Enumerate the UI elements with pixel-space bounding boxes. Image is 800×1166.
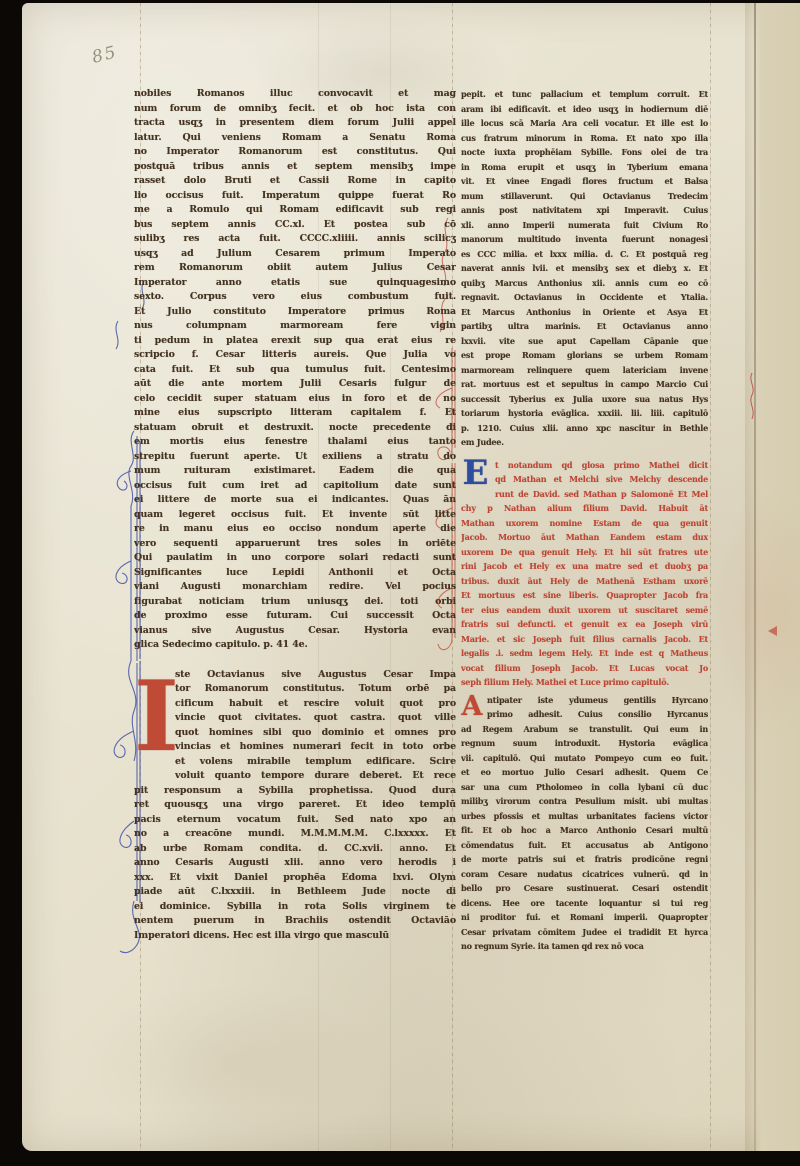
text-line: me a Romulo qui Romam edificavit sub reg…	[134, 203, 456, 218]
text-line: Et mortuus est sine liberis. Quapropter …	[461, 588, 708, 603]
text-line: cificum habuit et rescire voluit quot pr…	[175, 697, 456, 712]
text-line: chy p Nathan alium filium David. Habuit …	[461, 501, 708, 516]
text-line: lxxvii. vite sue aput Capellam Cāpanie q…	[461, 334, 708, 349]
text-line: legalis .i. sedm legem Hely. Et inde est…	[461, 646, 708, 661]
text-line: pacis eternum vocatum fuit. Sed nato xpo…	[134, 813, 456, 828]
text-line: aram ibi edificavit. et ideo usqʒ in hod…	[461, 102, 708, 117]
text-line: glica Sedecimo capitulo. p. 41 4e.	[134, 638, 456, 653]
paragraph-lines: nobiles Romanos illuc convocavit et magn…	[134, 87, 456, 653]
illuminated-initial-E: E	[461, 459, 490, 488]
text-line: annis post nativitatem xpi Imperavit. Cu…	[461, 203, 708, 218]
text-column-right: pepit. et tunc pallacium et templum corr…	[461, 87, 708, 954]
text-line: vianus sive Augustus Cesar. Hystoria eva…	[134, 624, 456, 639]
text-column-left: nobiles Romanos illuc convocavit et magn…	[134, 87, 456, 943]
text-line: rini Jacob et Hely ex una matre sed et d…	[461, 559, 708, 574]
text-line: cata fuit. Et sub qua tumulus fuit. Cent…	[134, 363, 456, 378]
text-line: Et Julio constituto Imperatore primus Ro…	[134, 305, 456, 320]
text-line: ter eius eandem duxit uxorem ut suscitar…	[461, 603, 708, 618]
text-line: ret quousqʒ una virgo pareret. Et ideo t…	[134, 798, 456, 813]
text-line: naverat annis lvii. et mensibʒ sex et di…	[461, 261, 708, 276]
text-line: seph filium Hely. Mathei et Luce primo c…	[461, 675, 708, 690]
text-line: primo adhesit. Cuius consilio Hyrcanus	[487, 707, 708, 722]
folio-number: 85	[90, 42, 120, 68]
text-line: Cesar privatam cōmitem Judee ei tradidit…	[461, 925, 708, 940]
text-line: ntipater iste ydumeus gentilis Hyrcano	[487, 693, 708, 708]
text-line: nocte iuxta prophēiam Sybille. Fons olei…	[461, 145, 708, 160]
text-line: regnavit. Octavianus in Occidente et Yta…	[461, 290, 708, 305]
text-line: p. 1210. Cuius xlii. anno xpc nascitur i…	[461, 421, 708, 436]
text-line: quibʒ Marcus Anthonius xii. annis cum eo…	[461, 276, 708, 291]
text-line: statuam obruit et destruxit. nocte prece…	[134, 421, 456, 436]
illuminated-initial-A: A	[461, 693, 483, 722]
fore-edge-gutter	[745, 3, 800, 1151]
text-line: voluit quanto tempore durare deberet. Et…	[175, 769, 456, 784]
text-line: no Imperator Romanorum est constitutus. …	[134, 145, 456, 160]
text-line: tracta usqʒ in presentem diem forum Juli…	[134, 116, 456, 131]
text-line: vii. capitulō. Qui mutato Pompeyo cum eo…	[461, 751, 708, 766]
text-line: tribus. duxit āut Hely de Mathenā Estham…	[461, 574, 708, 589]
parchment-page: 85	[22, 3, 800, 1151]
text-line: pepit. et tunc pallacium et templum corr…	[461, 87, 708, 102]
text-line: no regnum Syrie. ita tamen qd rex nō voc…	[461, 939, 708, 954]
text-line: num forum de omnibʒ fecit. et ob hoc ist…	[134, 102, 456, 117]
text-line: no a creacōne mundi. M.M.M.M.M. C.lxxxxx…	[134, 827, 456, 842]
text-line: mum ruituram existimaret. Eadem die qua	[134, 464, 456, 479]
text-line: re in manu eius eo occiso nondum aperte …	[134, 522, 456, 537]
text-line: bus septem annis CC.xl. Et postea sub cō	[134, 218, 456, 233]
text-line: es CCC milia. et lxxx milia. d. C. Et po…	[461, 247, 708, 262]
text-line: et volens mirabile templum edificare. Sc…	[175, 755, 456, 770]
text-line: ei dominice. Sybilla in rota Solis virgi…	[134, 900, 456, 915]
paragraph: A ntipater iste ydumeus gentilis Hyrcano…	[461, 693, 708, 954]
text-line: vincias et homines numerari fecit in tot…	[175, 740, 456, 755]
text-line: milibʒ virorum contra Pesulium misit. ub…	[461, 794, 708, 809]
text-line: sulibʒ res acta fuit. CCCC.xliiii. annis…	[134, 232, 456, 247]
text-line: scripcio f. Cesar litteris aureis. Que J…	[134, 348, 456, 363]
text-line: celo cecidit super statuam eius in foro …	[134, 392, 456, 407]
text-line: fratris sui defuncti. et genuit ex ea Jo…	[461, 617, 708, 632]
text-line: ni proditor fui. et Romani imperii. Quap…	[461, 910, 708, 925]
text-line: em Judee.	[461, 435, 708, 450]
text-line: rem Romanorum obiit autem Julius Cesar	[134, 261, 456, 276]
text-line: est prope Romam glorians se urbem Romam	[461, 348, 708, 363]
text-line: t notandum qd glosa primo Mathei dicit	[495, 458, 708, 473]
text-line: coram Cesare nudatus cicatrices vulnerū.…	[461, 867, 708, 882]
paragraph-lines: pepit. et tunc pallacium et templum corr…	[461, 87, 708, 450]
text-line: Et Marcus Anthonius in Oriente et Asya E…	[461, 305, 708, 320]
text-line: successit Tyberius ex Julia uxore sua na…	[461, 392, 708, 407]
paragraph: nobiles Romanos illuc convocavit et magn…	[134, 87, 456, 653]
parchment-stain	[82, 983, 382, 1143]
text-line: in Roma erupit et usqʒ in Tyberium emana	[461, 160, 708, 175]
text-line: ste Octavianus sive Augustus Cesar Impa	[175, 668, 456, 683]
paragraph: I ste Octavianus sive Augustus Cesar Imp…	[134, 668, 456, 944]
text-line: ab urbe Romam condita. d. CC.xvii. anno.…	[134, 842, 456, 857]
text-line: uxorem De qua genuit Hely. Et hii sūt fr…	[461, 545, 708, 560]
text-line: viani Augusti monarchiam redire. Vel poc…	[134, 580, 456, 595]
text-line: em mortis eius fenestre thalami eius tan…	[134, 435, 456, 450]
text-line: xli. anno Imperii numerata fuit Civium R…	[461, 218, 708, 233]
text-line: Mathan uxorem nomine Estam de qua genuit	[461, 516, 708, 531]
text-line: runt de David. sed Mathan p Salomonē Et …	[495, 487, 708, 502]
text-line: anno Cesaris Augusti xlii. anno vero her…	[134, 856, 456, 871]
text-line: figurabat noticiam trium uniusqʒ dei. to…	[134, 595, 456, 610]
text-line: ti pedum in platea erexit sup qua erat e…	[134, 334, 456, 349]
text-line: Imperatori dicens. Hec est illa virgo qu…	[134, 929, 456, 944]
text-line: vit. Et vinee Engadi flores fructum et B…	[461, 174, 708, 189]
text-line: xxx. Et vixit Daniel prophēa Edoma lxvi.…	[134, 871, 456, 886]
text-line: ille locus scā Maria Ara celi vocatur. E…	[461, 116, 708, 131]
text-line: nus columpnam marmoream fere vigin	[134, 319, 456, 334]
text-line: de morte patris sui et fratris prodicōne…	[461, 852, 708, 867]
text-line: fit. Et ob hoc a Marco Anthonio Cesari m…	[461, 823, 708, 838]
text-line: partibʒ ultra marinis. Et Octavianus ann…	[461, 319, 708, 334]
text-line: vocat filium Joseph Jacob. Et Lucas voca…	[461, 661, 708, 676]
text-line: strepitu fuerunt aperte. Ut exiliens a s…	[134, 450, 456, 465]
text-line: Qui paulatim in uno corpore solari redac…	[134, 551, 456, 566]
text-line: nobiles Romanos illuc convocavit et mag	[134, 87, 456, 102]
text-line: piade aūt C.lxxxiii. in Bethleem Jude no…	[134, 885, 456, 900]
text-line: usqʒ ad Julium Cesarem primum Imperato	[134, 247, 456, 262]
text-line: marmoream relinquere quem latericiam inv…	[461, 363, 708, 378]
text-line: latur. Qui veniens Romam a Senatu Roma	[134, 131, 456, 146]
text-line: ad Regem Arabum se transtulit. Qui eum i…	[461, 722, 708, 737]
text-line: Jacob. Mortuo āut Mathan Eandem estam du…	[461, 530, 708, 545]
text-line: cōmendatus fuit. Et accusatus ab Antigon…	[461, 838, 708, 853]
text-line: lio occisus fuit. Imperatum quippe fuera…	[134, 189, 456, 204]
text-line: sexto. Corpus vero eius combustum fuit.	[134, 290, 456, 305]
text-line: postquā tribus annis et septem mensibʒ i…	[134, 160, 456, 175]
text-line: occisus fuit cum iret ad capitolium date…	[134, 479, 456, 494]
page-edge-line	[754, 3, 756, 1151]
ruling-line	[710, 3, 711, 1151]
text-line: toriarum hystoria evāglica. xxxiii. lii.…	[461, 406, 708, 421]
paragraph-lines: ntipater iste ydumeus gentilis Hyrcanopr…	[461, 693, 708, 954]
illuminated-initial-I: I	[134, 671, 168, 773]
text-line: Imperator anno etatis sue quinquagesimo	[134, 276, 456, 291]
text-line: mine eius supscripto litteram capitalem …	[134, 406, 456, 421]
text-line: vero sequenti apparuerunt tres soles in …	[134, 537, 456, 552]
text-line: tor Romanorum constitutus. Totum orbē pa	[175, 682, 456, 697]
text-line: manorum multitudo inventa fuerunt nonage…	[461, 232, 708, 247]
text-line: quam legeret occisus fuit. Et invente sū…	[134, 508, 456, 523]
paragraph-lines: ste Octavianus sive Augustus Cesar Impat…	[134, 668, 456, 944]
text-line: ei littere de morte sua ei indicantes. Q…	[134, 493, 456, 508]
text-line: et eo mortuo Julio Cesari adhesit. Quem …	[461, 765, 708, 780]
text-line: vincie quot civitates. quot castra. quot…	[175, 711, 456, 726]
text-line: aūt die ante mortem Julii Cesaris fulgur…	[134, 377, 456, 392]
paragraph: pepit. et tunc pallacium et templum corr…	[461, 87, 708, 450]
text-line: dicens. Hee ore tacente loquantur si tui…	[461, 896, 708, 911]
text-line: rasset dolo Bruti et Cassii Rome in capi…	[134, 174, 456, 189]
text-line: nentem puerum in Brachiis ostendit Octav…	[134, 914, 456, 929]
paragraph-lines: t notandum qd glosa primo Mathei dicitqd…	[461, 458, 708, 690]
text-line: cus fratrum minorum in Roma. Et nato xpo…	[461, 131, 708, 146]
text-line: mum stillaverunt. Qui Octavianus Tredeci…	[461, 189, 708, 204]
text-line: rat. mortuus est et sepultus in campo Ma…	[461, 377, 708, 392]
text-line: urbes pfossis et multas urbanitates faci…	[461, 809, 708, 824]
paragraph-rubric: E t notandum qd glosa primo Mathei dicit…	[461, 458, 708, 690]
manuscript-photo: 85	[0, 0, 800, 1166]
text-line: regnum suum introduxit. Hystoria evāglic…	[461, 736, 708, 751]
text-line: de proximo esse futuram. Cui successit O…	[134, 609, 456, 624]
text-line: pit responsum a Sybilla prophetissa. Quo…	[134, 784, 456, 799]
text-line: Significantes luce Lepidi Anthonii et Oc…	[134, 566, 456, 581]
text-line: qd Mathan et Melchi sive Melchy descende	[495, 472, 708, 487]
text-line: sar una cum Ptholomeo in colla lybani cū…	[461, 780, 708, 795]
text-line: Marie. et sic Joseph fuit filius carnali…	[461, 632, 708, 647]
text-line: quot homines sibi quo dominio et omnes p…	[175, 726, 456, 741]
text-line: bello pro Cesare sustinuerat. Cesari ost…	[461, 881, 708, 896]
